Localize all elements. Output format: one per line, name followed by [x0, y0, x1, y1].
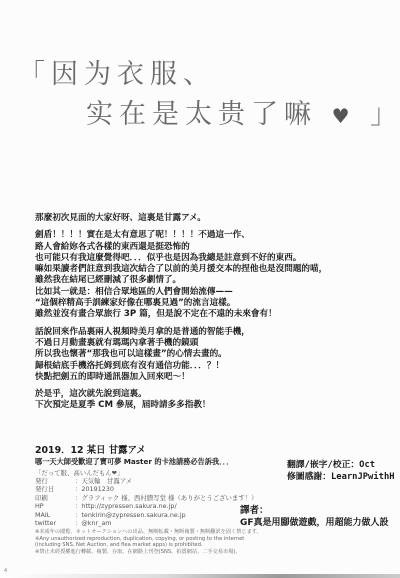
text-line: 劍盾！！！！實在是太有意思了呢！！！！不過這一作、	[35, 230, 395, 241]
scan-edge	[0, 574, 400, 578]
text-line: 話說回來作品裏兩人視頻時美月拿的是普通的智能手機，	[35, 327, 395, 338]
translator-note: 譯者： GF真是用腳做遊戲，用超能力做人設	[240, 505, 389, 529]
colophon-row: twitter：@knr_am	[35, 519, 258, 527]
text-line: 快點把劍五的即時通訊器加入回來吧～！	[35, 372, 395, 383]
notice-line: (including SNS, Net Auction, and flea ma…	[35, 542, 295, 549]
row-value: ：グラフィック 様、西村謄写堂 様（ありがとうございます！）	[75, 494, 258, 502]
text-line: 雖然我在結尾已經刪減了很多劇情了。	[35, 275, 395, 286]
row-label: twitter	[35, 519, 75, 527]
text-line: 也可能只有我這麼覺得吧．．．似乎也是因為我總是註意到不好的東西。	[35, 253, 395, 264]
colophon-row: 発行日：20191230	[35, 485, 258, 493]
notice-line: ※禁止未經授權進行轉載、複製、存取、在網路上刊登(SNS、拍賣網站、二手交易市場…	[35, 549, 295, 556]
title-line-2: 实在是太贵了嘛 ♥ 」	[86, 92, 400, 131]
text-line: “這個梓精高手訓練家好像在哪裏見過”的流言這樣。	[35, 298, 395, 309]
copyright-notice: ※未成年の閲覧、ネットオークションへの出品、無断転載・無断複製・無断翻訳を固く禁…	[35, 529, 295, 555]
colophon: 哪一天大師受歡迎了寶可夢 Master 的卡池請務必告訴我．．． 「だって服、高…	[35, 457, 258, 527]
colophon-row: 印刷：グラフィック 様、西村謄写堂 様（ありがとうございます！）	[35, 494, 258, 502]
homepage-link[interactable]: ：http://zypressen.sakura.ne.jp/	[75, 502, 177, 510]
row-label: 印刷	[35, 494, 75, 502]
text-line: 比如其一就是：相信合眾地區的人們會開始流傳——	[35, 287, 395, 298]
row-label: HP	[35, 502, 75, 510]
paragraph-2: 話說回來作品裏兩人視頻時美月拿的是普通的智能手機， 不過日月動畫裏就有瑪瑪內拿著…	[35, 327, 395, 383]
translator-comment: GF真是用腳做遊戲，用超能力做人設	[240, 517, 389, 529]
colophon-row: 発行：天気輪 甘露アメ	[35, 477, 258, 485]
row-label: MAIL	[35, 511, 75, 519]
heart-icon: ♥	[332, 104, 356, 128]
colophon-heading: 哪一天大師受歡迎了寶可夢 Master 的卡池請務必告訴我．．．	[35, 457, 258, 467]
translation-credits: 翻譯/嵌字/校正：Oct 修圖感謝：LearnJPwithH	[287, 459, 395, 483]
text-line: 雖然並沒有畫合眾旅行 3P 篇，但是說不定在不遠的未來會有！	[35, 309, 395, 320]
title-line-2-text: 实在是太贵了嘛	[86, 99, 317, 130]
title-close-bracket: 」	[370, 99, 400, 130]
afterword-body: 那麼初次見面的大家好呀、這裏是甘露アメ。 劍盾！！！！實在是太有意思了呢！！！！…	[35, 213, 395, 418]
text-line: 於是乎，這次就先說到這裏。	[35, 389, 395, 400]
signature-date: 2019．12 某日 甘露アメ	[35, 442, 146, 456]
notice-line: ※Any unauthorized reproduction, duplicat…	[35, 536, 295, 543]
text-line: 下次預定是夏季 CM 參展，屆時請多多指教！	[35, 400, 395, 411]
text-line: 不過日月動畫裏就有瑪瑪內拿著手機的鏡頭	[35, 338, 395, 349]
row-value: ：20191230	[75, 485, 114, 493]
credit-line: 修圖感謝：LearnJPwithH	[287, 471, 395, 483]
paragraph-1: 劍盾！！！！實在是太有意思了呢！！！！不過這一作、 路人會給妳各式各樣的東西還是…	[35, 230, 395, 320]
book-title: 「だって服、高いんだもん❤」	[35, 468, 258, 477]
text-line: 路人會給妳各式各樣的東西還是挺恐怖的	[35, 242, 395, 253]
paragraph-3: 於是乎，這次就先說到這裏。 下次預定是夏季 CM 參展，屆時請多多指教！	[35, 389, 395, 412]
email-link[interactable]: ：tenkirin@zypressen.sakura.ne.jp	[75, 511, 186, 519]
twitter-handle[interactable]: ：@knr_am	[75, 519, 112, 527]
text-line: 嘛如果讀者們註意到我這次結合了以前的美月援交本的捏他也是沒問題的喵，	[35, 264, 395, 275]
credit-line: 翻譯/嵌字/校正：Oct	[287, 459, 395, 471]
greeting: 那麼初次見面的大家好呀、這裏是甘露アメ。	[35, 213, 395, 224]
text-line: 歸根結底手機洛托姆到底有沒有通信功能．．．？！	[35, 361, 395, 372]
colophon-row: HP：http://zypressen.sakura.ne.jp/	[35, 502, 258, 510]
manga-page: 「因为衣服、 实在是太贵了嘛 ♥ 」 那麼初次見面的大家好呀、這裏是甘露アメ。 …	[0, 0, 400, 578]
notice-line: ※未成年の閲覧、ネットオークションへの出品、無断転載・無断複製・無断翻訳を固く禁…	[35, 529, 295, 536]
text-line: 所以我也懷著“那我也可以這樣畫”的心情去畫的。	[35, 349, 395, 360]
title-line-1: 「因为衣服、	[18, 52, 216, 91]
row-value: ：天気輪 甘露アメ	[75, 477, 132, 485]
translator-label: 譯者：	[240, 505, 389, 517]
row-label: 発行日	[35, 485, 75, 493]
colophon-row: MAIL：tenkirin@zypressen.sakura.ne.jp	[35, 511, 258, 519]
